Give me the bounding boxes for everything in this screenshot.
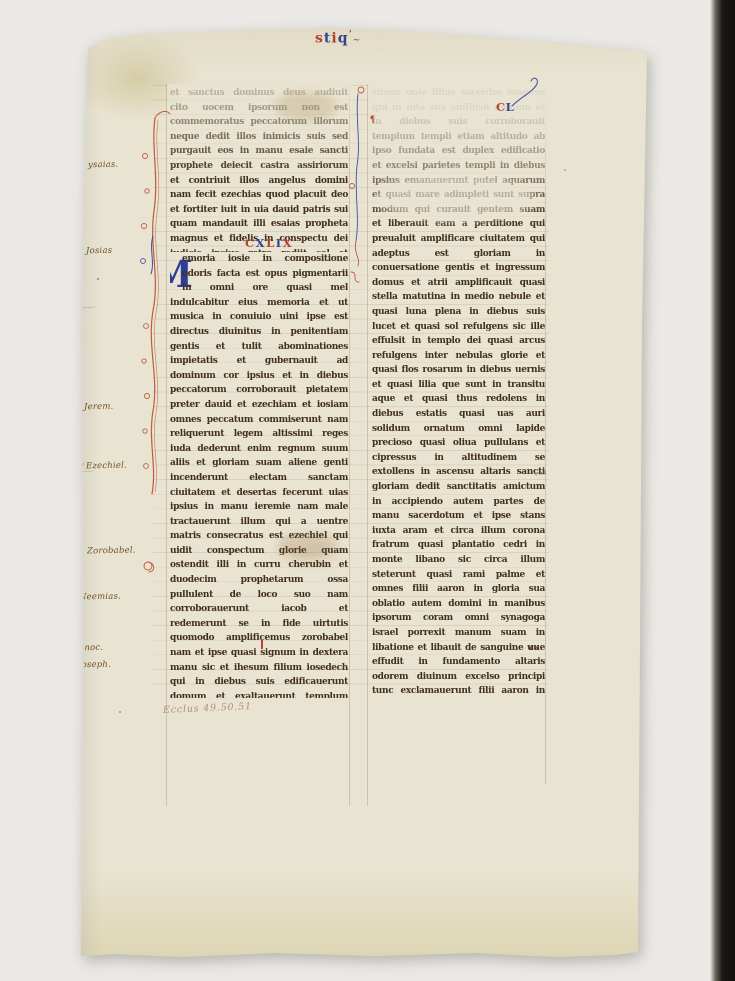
red-tick-mark [80, 463, 87, 469]
right-column-text: simon onie filius sacerdos magnus qui in… [372, 86, 545, 698]
text-column-right: simon onie filius sacerdos magnus qui in… [372, 86, 545, 698]
photo-edge-dark-strip [710, 0, 735, 981]
margin-note-josias: Josias [86, 246, 112, 256]
chapter-letter: L [266, 236, 276, 250]
parchment-leaf-wrapper: stiqʼ~ et sanctus dominus deus audiuit c… [75, 26, 648, 962]
vertical-ruling-line [349, 84, 350, 806]
chapter-letter: L [506, 100, 515, 114]
margin-note-ezechiel: Ezechiel. [86, 461, 127, 472]
margin-note-neemias: Neemias. [79, 592, 121, 603]
vertical-ruling-line [166, 84, 167, 806]
chapter-letter: C [496, 100, 506, 114]
left-column-paragraph-2: Memoria iosie in compositione odoris fac… [170, 252, 348, 698]
chapter-marker-cl: CL [496, 100, 514, 114]
tiny-right-margin-gloss: ʼde [527, 644, 538, 652]
running-title-letter: q [338, 31, 349, 47]
chapter-letter: X [256, 236, 266, 250]
margin-note-joseph: Joseph. [78, 660, 111, 671]
chapter-number-cxlix: CXLIX [245, 236, 293, 250]
modern-shelfmark-inscription: Ecclus 49.50.51 [163, 701, 252, 716]
margin-note-zorobabel: Zorobabel. [87, 546, 136, 557]
chapter-letter: C [245, 236, 256, 250]
left-column-paragraph-1: et sanctus dominus deus audiuit cito uoc… [170, 86, 348, 252]
running-title: stiqʼ~ [315, 30, 361, 47]
left-column-paragraph-2-text: emoria iosie in compositione odoris fact… [170, 254, 348, 698]
running-title-squiggle: ~ [353, 36, 362, 46]
margin-note-ysaias: ysaias. [88, 160, 119, 171]
red-capital-stroke [261, 640, 263, 649]
vertical-ruling-line [367, 84, 368, 806]
red-paraph-mark: ¶ [370, 114, 375, 124]
running-title-letter: s [315, 31, 324, 47]
chapter-letter: X [283, 236, 293, 250]
margin-note-enoc: Enoc. [78, 643, 103, 653]
vertical-ruling-line [545, 84, 546, 784]
text-column-left: et sanctus dominus deus audiuit cito uoc… [170, 86, 348, 698]
margin-note-jerem: Jerem. [84, 402, 114, 413]
chapter-letter: I [276, 236, 283, 250]
photograph-of-manuscript-leaf: stiqʼ~ et sanctus dominus deus audiuit c… [0, 0, 735, 981]
parchment-leaf: stiqʼ~ et sanctus dominus deus audiuit c… [75, 26, 648, 962]
decorated-initial-m: M [170, 255, 179, 295]
